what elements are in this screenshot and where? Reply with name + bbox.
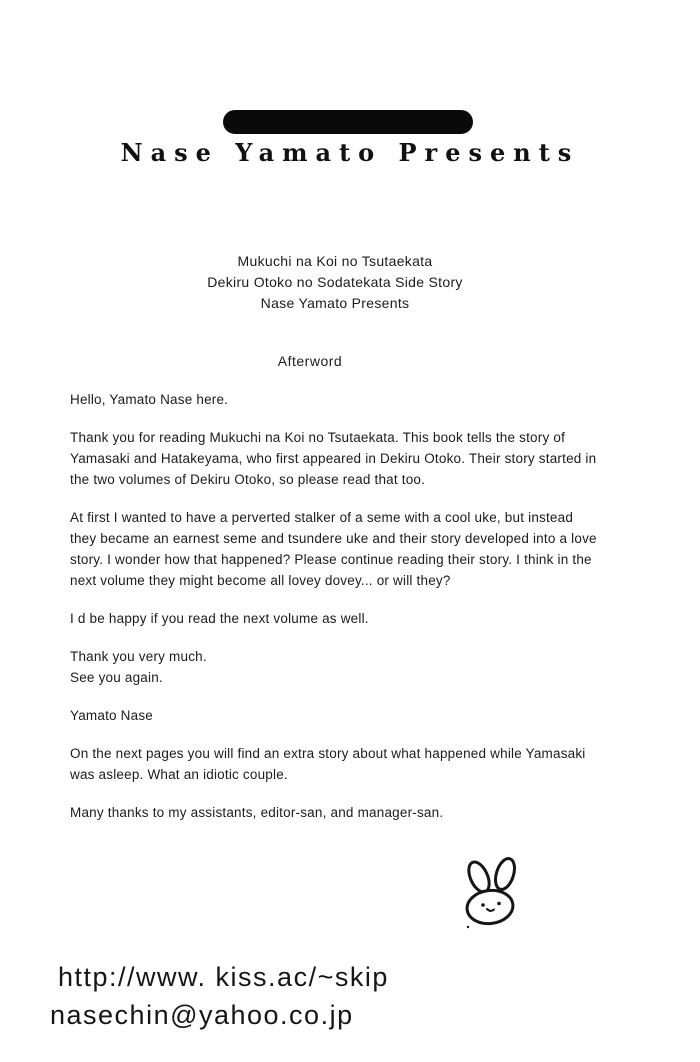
paragraph-extra-story: On the next pages you will find an extra… [70, 743, 598, 785]
title-block: Mukuchi na Koi no Tsutaekata Dekiru Otok… [35, 251, 635, 314]
afterword-page: Nase Yamato Presents Mukuchi na Koi no T… [0, 0, 700, 1062]
paragraph-next-volume: I d be happy if you read the next volume… [70, 608, 598, 629]
afterword-heading: Afterword [0, 353, 620, 369]
paragraph-story-development: At first I wanted to have a perverted st… [70, 507, 598, 591]
paragraph-thank-you: Thank you very much. See you again. [70, 646, 598, 688]
black-banner-pill [223, 110, 473, 134]
afterword-body: Hello, Yamato Nase here. Thank you for r… [70, 389, 598, 840]
email-address: nasechin@yahoo.co.jp [50, 996, 389, 1034]
footer-contact: http://www. kiss.ac/~skip nasechin@yahoo… [50, 958, 389, 1034]
bunny-doodle-icon [456, 856, 528, 932]
title-line-1: Mukuchi na Koi no Tsutaekata [35, 251, 635, 272]
paragraph-assistants-thanks: Many thanks to my assistants, editor-san… [70, 802, 598, 823]
title-line-3: Nase Yamato Presents [35, 293, 635, 314]
title-line-2: Dekiru Otoko no Sodatekata Side Story [35, 272, 635, 293]
gothic-presents-title: Nase Yamato Presents [0, 138, 700, 167]
author-signature: Yamato Nase [70, 705, 598, 726]
paragraph-thanks-for-reading: Thank you for reading Mukuchi na Koi no … [70, 427, 598, 490]
website-url: http://www. kiss.ac/~skip [58, 958, 389, 996]
paragraph-greeting: Hello, Yamato Nase here. [70, 389, 598, 410]
